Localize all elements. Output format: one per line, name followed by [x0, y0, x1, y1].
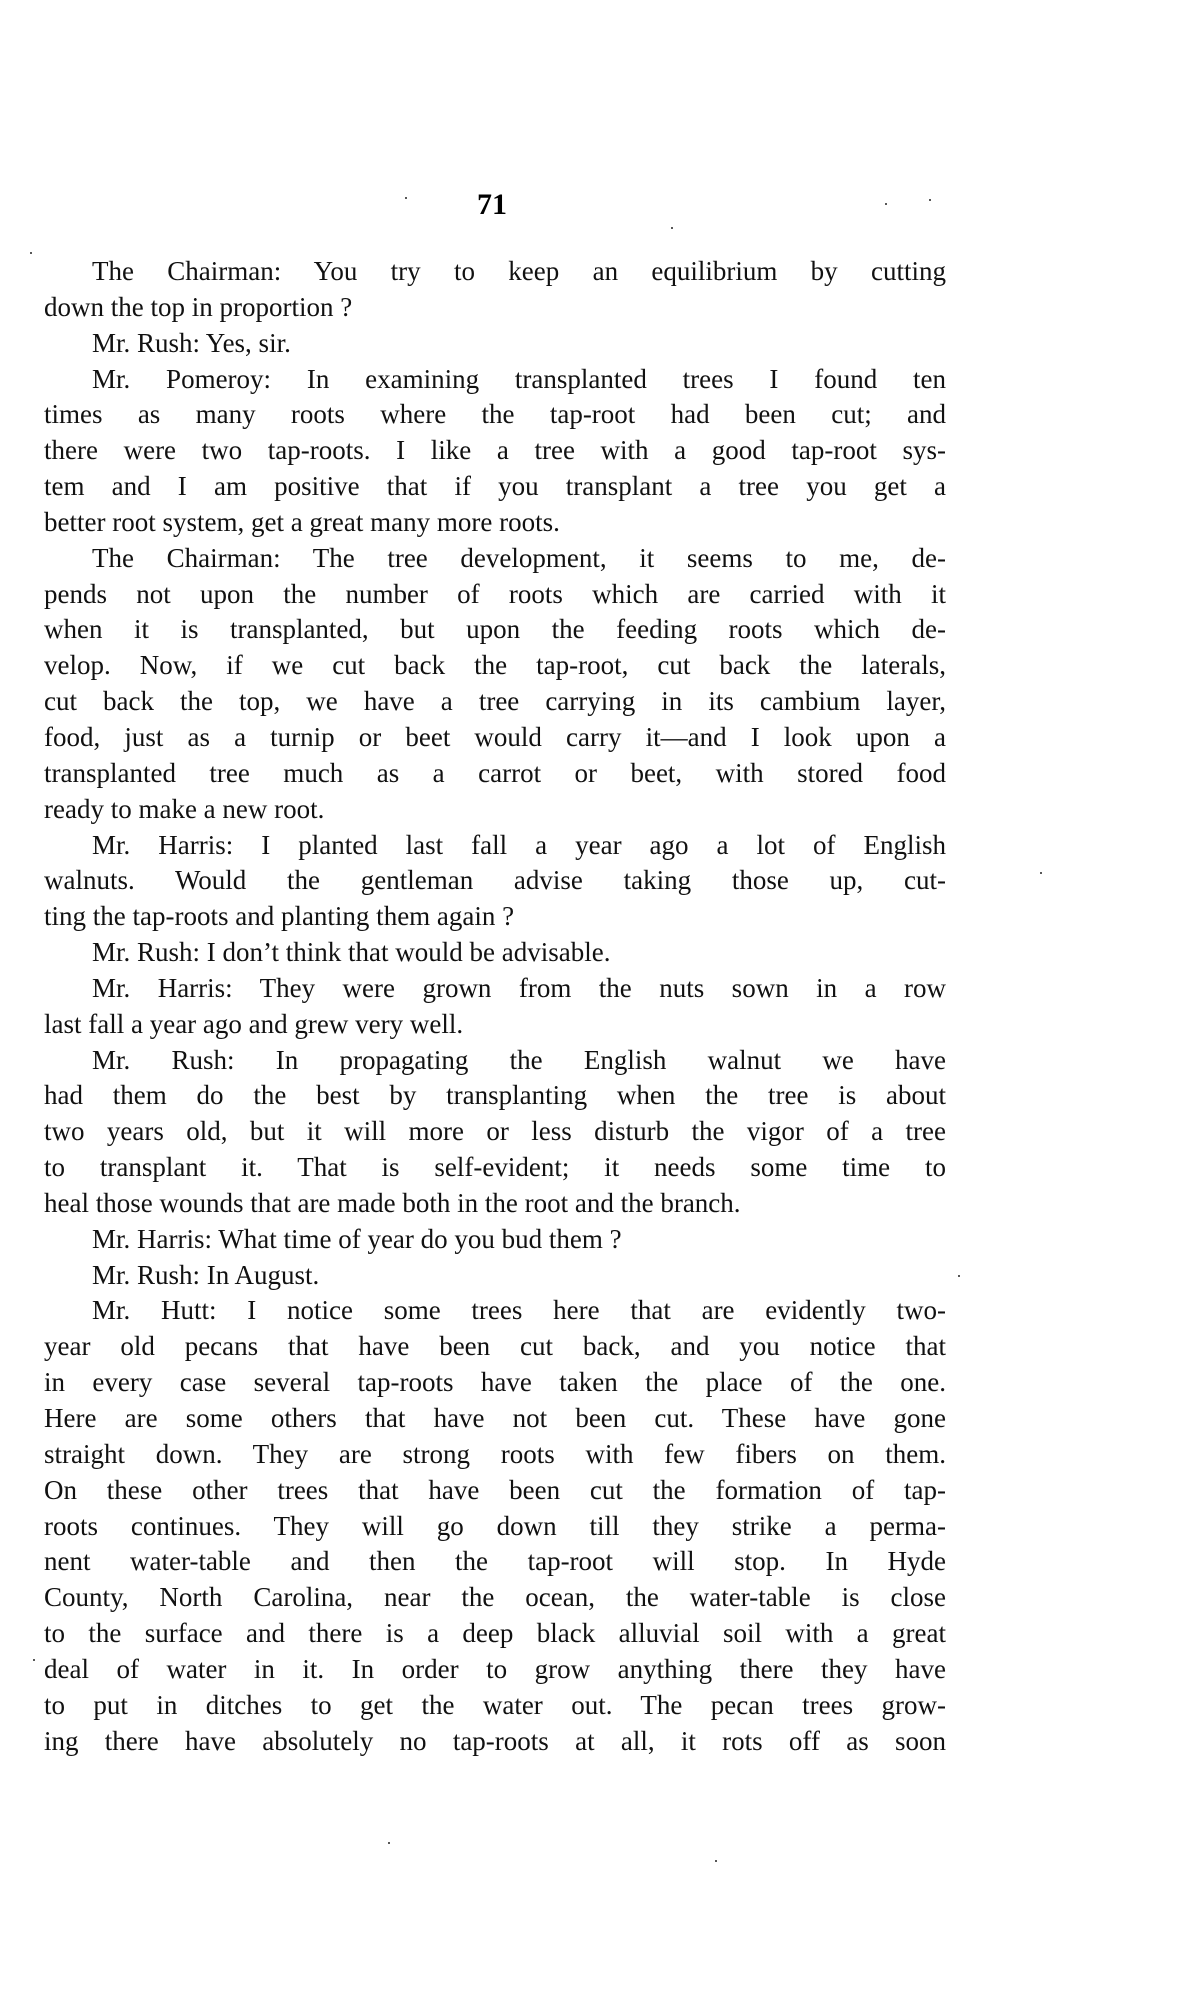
scan-speck [929, 199, 931, 201]
scan-speck [1040, 872, 1042, 874]
text-line: when it is transplanted, but upon the fe… [44, 612, 946, 648]
text-line: to the surface and there is a deep black… [44, 1616, 946, 1652]
text-line: County, North Carolina, near the ocean, … [44, 1580, 946, 1616]
paragraph-harris: Mr. Harris: What time of year do you bud… [44, 1222, 946, 1258]
text-line: ing there have absolutely no tap-roots a… [44, 1724, 946, 1760]
text-line: last fall a year ago and grew very well. [44, 1007, 946, 1043]
text-line: nent water-table and then the tap-root w… [44, 1544, 946, 1580]
paragraph-pomeroy: Mr. Pomeroy: In examining transplanted t… [44, 362, 946, 541]
text-line: transplanted tree much as a carrot or be… [44, 756, 946, 792]
paragraph-chairman: The Chairman: The tree development, it s… [44, 541, 946, 828]
scan-speck [33, 1659, 35, 1661]
scan-speck [715, 1860, 717, 1862]
scan-speck [958, 1275, 960, 1277]
text-line: deal of water in it. In order to grow an… [44, 1652, 946, 1688]
text-line: Mr. Hutt: I notice some trees here that … [44, 1293, 946, 1329]
text-line: down the top in proportion ? [44, 290, 946, 326]
paragraph-harris: Mr. Harris: They were grown from the nut… [44, 971, 946, 1043]
text-line: Mr. Harris: What time of year do you bud… [44, 1222, 946, 1258]
scan-speck [405, 197, 407, 199]
scan-speck [671, 227, 673, 229]
text-line: The Chairman: You try to keep an equilib… [44, 254, 946, 290]
paragraph-rush: Mr. Rush: In August. [44, 1258, 946, 1294]
text-line: Mr. Rush: I don’t think that would be ad… [44, 935, 946, 971]
scan-speck [388, 1842, 390, 1844]
scan-speck [885, 203, 887, 205]
paragraph-hutt: Mr. Hutt: I notice some trees here that … [44, 1293, 946, 1759]
paragraph-rush: Mr. Rush: In propagating the English wal… [44, 1043, 946, 1222]
text-line: Mr. Rush: In August. [44, 1258, 946, 1294]
text-line: roots continues. They will go down till … [44, 1509, 946, 1545]
text-line: Mr. Harris: They were grown from the nut… [44, 971, 946, 1007]
text-line: had them do the best by transplanting wh… [44, 1078, 946, 1114]
text-line: to put in ditches to get the water out. … [44, 1688, 946, 1724]
text-line: to transplant it. That is self-evident; … [44, 1150, 946, 1186]
text-line: in every case several tap-roots have tak… [44, 1365, 946, 1401]
text-line: velop. Now, if we cut back the tap-root,… [44, 648, 946, 684]
text-line: Mr. Rush: Yes, sir. [44, 326, 946, 362]
text-line: Mr. Harris: I planted last fall a year a… [44, 828, 946, 864]
scan-speck [30, 252, 32, 254]
text-line: ting the tap-roots and planting them aga… [44, 899, 946, 935]
text-line: there were two tap-roots. I like a tree … [44, 433, 946, 469]
text-line: better root system, get a great many mor… [44, 505, 946, 541]
text-line: straight down. They are strong roots wit… [44, 1437, 946, 1473]
text-line: tem and I am positive that if you transp… [44, 469, 946, 505]
text-line: pends not upon the number of roots which… [44, 577, 946, 613]
text-line: Mr. Rush: In propagating the English wal… [44, 1043, 946, 1079]
text-line: Mr. Pomeroy: In examining transplanted t… [44, 362, 946, 398]
text-line: cut back the top, we have a tree carryin… [44, 684, 946, 720]
paragraph-rush: Mr. Rush: I don’t think that would be ad… [44, 935, 946, 971]
text-line: year old pecans that have been cut back,… [44, 1329, 946, 1365]
text-line: On these other trees that have been cut … [44, 1473, 946, 1509]
paragraph-rush: Mr. Rush: Yes, sir. [44, 326, 946, 362]
body-text: The Chairman: You try to keep an equilib… [44, 254, 946, 1759]
text-line: Here are some others that have not been … [44, 1401, 946, 1437]
text-line: walnuts. Would the gentleman advise taki… [44, 863, 946, 899]
text-line: ready to make a new root. [44, 792, 946, 828]
text-line: food, just as a turnip or beet would car… [44, 720, 946, 756]
paragraph-harris: Mr. Harris: I planted last fall a year a… [44, 828, 946, 936]
page-number: 71 [462, 187, 522, 223]
text-line: The Chairman: The tree development, it s… [44, 541, 946, 577]
text-line: times as many roots where the tap-root h… [44, 397, 946, 433]
text-line: heal those wounds that are made both in … [44, 1186, 946, 1222]
paragraph-chairman: The Chairman: You try to keep an equilib… [44, 254, 946, 326]
text-line: two years old, but it will more or less … [44, 1114, 946, 1150]
